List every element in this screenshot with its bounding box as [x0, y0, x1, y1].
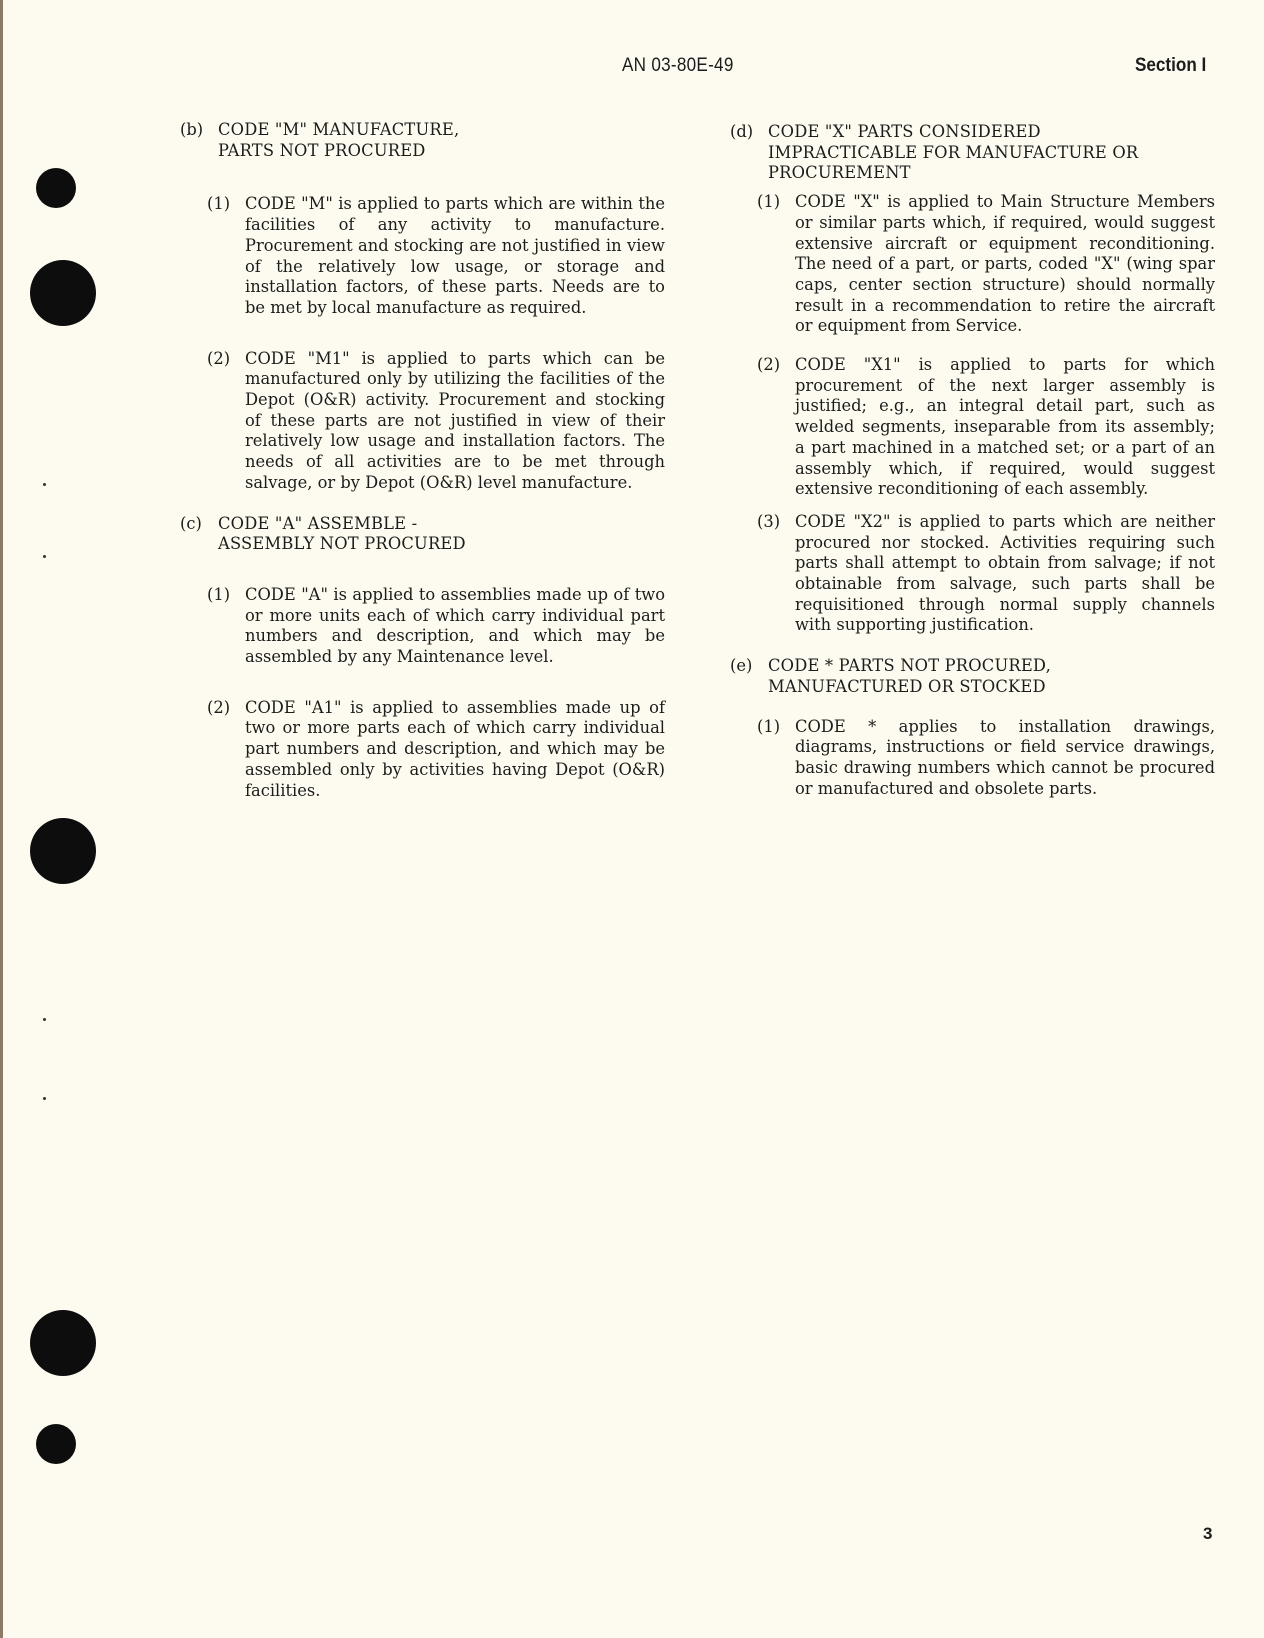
section-title: CODE "X" PARTS CONSIDERED IMPRACTICABLE … [768, 122, 1148, 184]
list-item: (2) CODE "X1" is applied to parts for wh… [757, 355, 1215, 500]
list-item: (1) CODE "X" is applied to Main Structur… [757, 192, 1215, 337]
section-label: (c) [180, 514, 218, 555]
section-title: CODE "M" MANUFACTURE, PARTS NOT PROCURED [218, 120, 478, 161]
item-text: CODE "A" is applied to assemblies made u… [245, 585, 665, 668]
binder-hole-icon [30, 1310, 96, 1376]
page-edge [0, 0, 3, 1638]
list-item: (3) CODE "X2" is applied to parts which … [757, 512, 1215, 636]
section-label: (e) [730, 656, 768, 697]
item-label: (2) [757, 355, 795, 500]
binder-hole-icon [36, 168, 76, 208]
item-label: (2) [207, 698, 245, 802]
section-heading-b: (b) CODE "M" MANUFACTURE, PARTS NOT PROC… [180, 120, 665, 161]
speck [43, 1018, 46, 1021]
section-label: Section I [1135, 55, 1206, 77]
item-text: CODE "M" is applied to parts which are w… [245, 194, 665, 318]
document-number: AN 03-80E-49 [622, 55, 734, 77]
section-heading-c: (c) CODE "A" ASSEMBLE - ASSEMBLY NOT PRO… [180, 514, 665, 555]
list-item: (2) CODE "M1" is applied to parts which … [207, 349, 665, 494]
item-label: (3) [757, 512, 795, 636]
speck [43, 1097, 46, 1100]
section-heading-e: (e) CODE * PARTS NOT PROCURED, MANUFACTU… [730, 656, 1215, 697]
section-title: CODE "A" ASSEMBLE - ASSEMBLY NOT PROCURE… [218, 514, 478, 555]
list-item: (1) CODE "A" is applied to assemblies ma… [207, 585, 665, 668]
section-label: (d) [730, 122, 768, 184]
item-text: CODE "X1" is applied to parts for which … [795, 355, 1215, 500]
section-label: (b) [180, 120, 218, 161]
item-text: CODE "A1" is applied to assemblies made … [245, 698, 665, 802]
page-number: 3 [1203, 1524, 1212, 1544]
item-text: CODE "X2" is applied to parts which are … [795, 512, 1215, 636]
speck [43, 555, 46, 558]
binder-hole-icon [30, 260, 96, 326]
binder-hole-icon [36, 1424, 76, 1464]
item-label: (1) [207, 585, 245, 668]
right-column: (d) CODE "X" PARTS CONSIDERED IMPRACTICA… [730, 122, 1215, 799]
left-column: (b) CODE "M" MANUFACTURE, PARTS NOT PROC… [180, 120, 665, 801]
speck [43, 483, 46, 486]
section-title: CODE * PARTS NOT PROCURED, MANUFACTURED … [768, 656, 1088, 697]
list-item: (1) CODE "M" is applied to parts which a… [207, 194, 665, 318]
item-label: (2) [207, 349, 245, 494]
binder-hole-icon [30, 818, 96, 884]
list-item: (1) CODE * applies to installation drawi… [757, 717, 1215, 800]
item-text: CODE "M1" is applied to parts which can … [245, 349, 665, 494]
list-item: (2) CODE "A1" is applied to assemblies m… [207, 698, 665, 802]
item-text: CODE "X" is applied to Main Structure Me… [795, 192, 1215, 337]
item-text: CODE * applies to installation drawings,… [795, 717, 1215, 800]
item-label: (1) [207, 194, 245, 318]
item-label: (1) [757, 192, 795, 337]
item-label: (1) [757, 717, 795, 800]
section-heading-d: (d) CODE "X" PARTS CONSIDERED IMPRACTICA… [730, 122, 1215, 184]
